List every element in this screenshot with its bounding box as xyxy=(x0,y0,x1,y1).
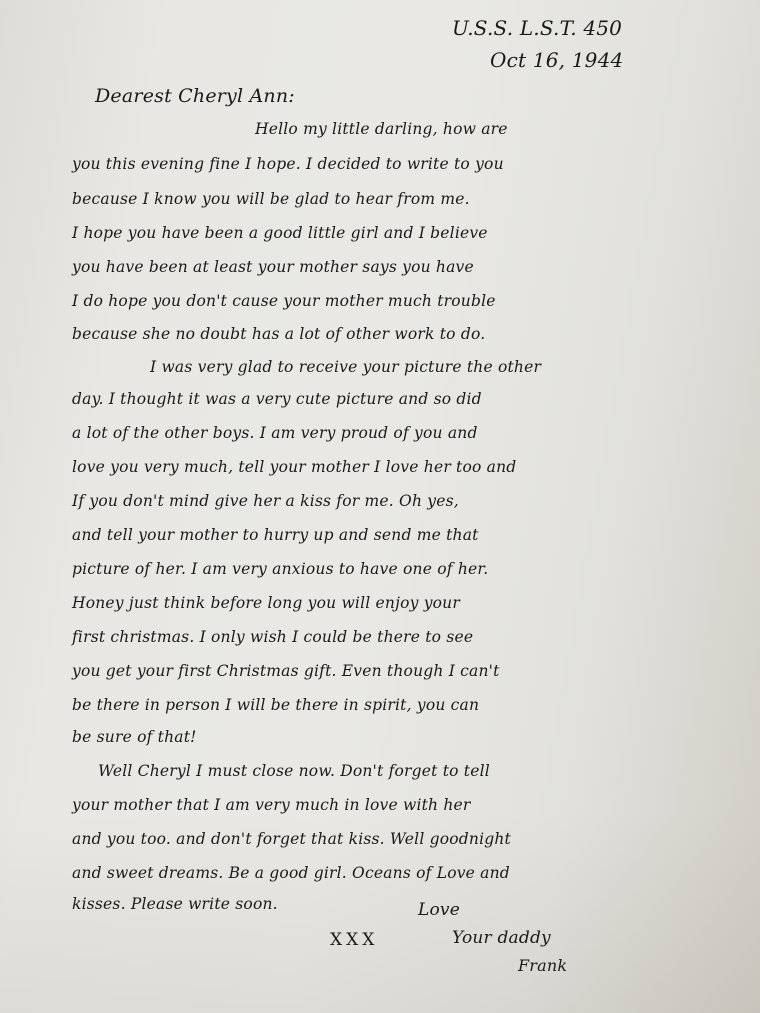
letter-line: first christmas. I only wish I could be … xyxy=(72,628,473,646)
letter-line: you this evening fine I hope. I decided … xyxy=(72,155,504,173)
letter-line: you get your first Christmas gift. Even … xyxy=(72,662,500,680)
letter-line: day. I thought it was a very cute pictur… xyxy=(72,390,482,408)
letter-line: your mother that I am very much in love … xyxy=(72,796,471,814)
letter-line: kisses. Please write soon. xyxy=(72,895,278,913)
letter-line: because she no doubt has a lot of other … xyxy=(72,325,485,343)
letter-line: be sure of that! xyxy=(72,728,197,746)
letter-line: I was very glad to receive your picture … xyxy=(150,358,541,376)
letter-line: love you very much, tell your mother I l… xyxy=(72,458,516,476)
letter-line: If you don't mind give her a kiss for me… xyxy=(72,492,459,510)
letter-line: and you too. and don't forget that kiss.… xyxy=(72,830,511,848)
letter-line: you have been at least your mother says … xyxy=(72,258,474,276)
letter-line: and tell your mother to hurry up and sen… xyxy=(72,526,479,544)
letter-line: I do hope you don't cause your mother mu… xyxy=(72,292,496,310)
ship-name: U.S.S. L.S.T. 450 xyxy=(452,16,622,40)
closing-love: Love xyxy=(418,900,460,920)
letter-line: because I know you will be glad to hear … xyxy=(72,190,470,208)
letter-line: Well Cheryl I must close now. Don't forg… xyxy=(98,762,490,780)
signature: Frank xyxy=(518,956,567,975)
letter-line: be there in person I will be there in sp… xyxy=(72,696,479,714)
salutation: Dearest Cheryl Ann: xyxy=(95,85,295,107)
letter-line: Honey just think before long you will en… xyxy=(72,594,460,612)
closing-sign-off: Your daddy xyxy=(452,928,551,948)
letter-date: Oct 16, 1944 xyxy=(490,48,623,72)
letter-line: picture of her. I am very anxious to hav… xyxy=(72,560,488,578)
closing-kisses: XXX xyxy=(330,930,378,950)
letter-line: Hello my little darling, how are xyxy=(255,120,508,138)
letter-line: and sweet dreams. Be a good girl. Oceans… xyxy=(72,864,510,882)
letter-line: I hope you have been a good little girl … xyxy=(72,224,488,242)
letter-line: a lot of the other boys. I am very proud… xyxy=(72,424,478,442)
